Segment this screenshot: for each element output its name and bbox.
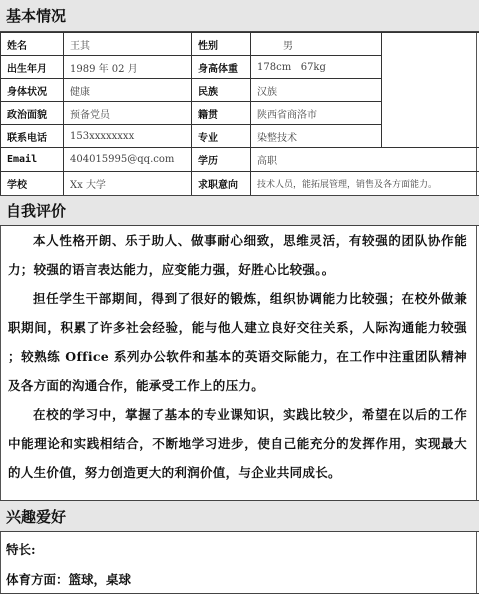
label-school: 学校 xyxy=(1,172,64,196)
value-name: 王其 xyxy=(64,33,192,56)
label-job-intention: 求职意向 xyxy=(192,172,251,196)
section-title: 兴趣爱好 xyxy=(6,506,66,527)
self-eval-paragraph: 担任学生干部期间，得到了很好的锻炼，组织协调能力比较强；在校外做兼职期间，积累了… xyxy=(8,284,467,400)
label-gender: 性别 xyxy=(192,33,251,56)
value-gender: 男 xyxy=(251,33,382,56)
self-evaluation-body: 本人性格开朗、乐于助人、做事耐心细致，思维灵活，有较强的团队协作能力；较强的语言… xyxy=(0,226,479,487)
value-school: Xx 大学 xyxy=(64,172,192,196)
label-height-weight: 身高体重 xyxy=(192,56,251,79)
specialty-label: 特长: xyxy=(0,540,479,558)
label-political: 政治面貌 xyxy=(1,102,64,125)
self-eval-paragraph: 在校的学习中，掌握了基本的专业课知识，实践比较少，希望在以后的工作中能理论和实践… xyxy=(8,400,467,487)
section-header-self-eval: 自我评价 xyxy=(0,195,479,226)
value-major: 染整技术 xyxy=(251,125,382,148)
value-education: 高职 xyxy=(251,148,479,172)
section-title: 自我评价 xyxy=(6,200,66,221)
value-ethnicity: 汉族 xyxy=(251,79,382,102)
label-health: 身体状况 xyxy=(1,79,64,102)
label-name: 姓名 xyxy=(1,33,64,56)
self-eval-paragraph: 本人性格开朗、乐于助人、做事耐心细致，思维灵活，有较强的团队协作能力；较强的语言… xyxy=(8,226,467,284)
table-row: Email 404015995@qq.com 学历 高职 xyxy=(1,148,479,172)
label-birth: 出生年月 xyxy=(1,56,64,79)
section-title: 基本情况 xyxy=(6,5,66,26)
label-email: Email xyxy=(1,148,64,172)
table-row: 学校 Xx 大学 求职意向 技术人员，能拓展管理，销售及各方面能力。 xyxy=(1,172,479,196)
label-major: 专业 xyxy=(192,125,251,148)
label-phone: 联系电话 xyxy=(1,125,64,148)
value-job-intention: 技术人员，能拓展管理，销售及各方面能力。 xyxy=(251,172,479,196)
section-header-basic-info: 基本情况 xyxy=(0,0,479,32)
value-email: 404015995@qq.com xyxy=(64,148,192,172)
photo-placeholder xyxy=(382,33,479,148)
basic-info-table: 姓名 王其 性别 男 出生年月 1989 年 02 月 身高体重 178cm 6… xyxy=(0,32,479,196)
value-health: 健康 xyxy=(64,79,192,102)
table-row: 姓名 王其 性别 男 xyxy=(1,33,479,56)
value-political: 预备党员 xyxy=(64,102,192,125)
value-hometown: 陕西省商洛市 xyxy=(251,102,382,125)
label-education: 学历 xyxy=(192,148,251,172)
value-phone: 153xxxxxxxx xyxy=(64,125,192,148)
sports-hobbies: 体育方面：篮球，桌球 xyxy=(0,570,479,588)
section-header-hobbies: 兴趣爱好 xyxy=(0,500,479,532)
label-ethnicity: 民族 xyxy=(192,79,251,102)
value-birth: 1989 年 02 月 xyxy=(64,56,192,79)
label-hometown: 籍贯 xyxy=(192,102,251,125)
value-height-weight: 178cm 67kg xyxy=(251,56,382,79)
